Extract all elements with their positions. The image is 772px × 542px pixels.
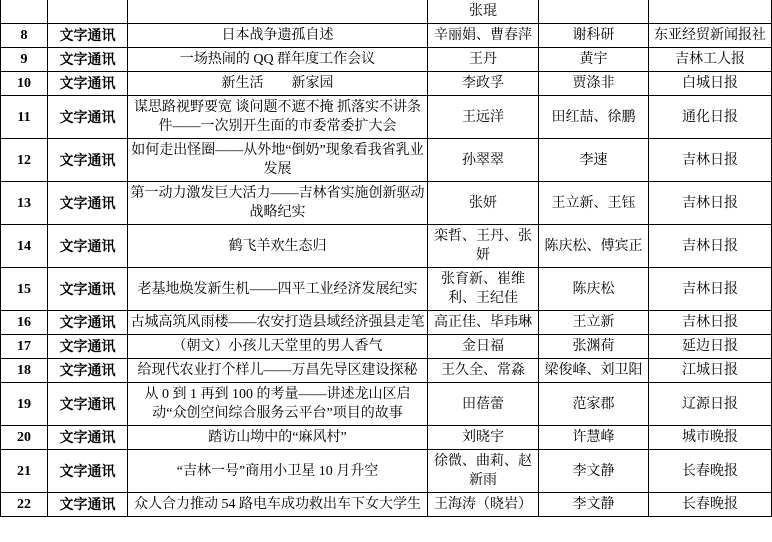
cell-publication: 吉林日报 [649, 311, 772, 335]
cell-category: 文字通讯 [48, 96, 128, 139]
table-row: 15文字通讯老基地焕发新生机——四平工业经济发展纪实张育新、崔维利、王纪佳陈庆松… [1, 268, 772, 311]
cell-category: 文字通讯 [48, 335, 128, 359]
cell-authors: 张育新、崔维利、王纪佳 [428, 268, 539, 311]
cell-publication: 吉林日报 [649, 225, 772, 268]
cell-editors: 黄宇 [539, 48, 649, 72]
cell-publication: 吉林日报 [649, 268, 772, 311]
cell-title: 第一动力激发巨大活力——吉林省实施创新驱动战略纪实 [128, 182, 428, 225]
cell-editors: 田红喆、徐鹏 [539, 96, 649, 139]
cell-no: 11 [1, 96, 48, 139]
cell-no: 20 [1, 426, 48, 450]
cell-title: 新生活 新家园 [128, 72, 428, 96]
cell-editors: 张渊荷 [539, 335, 649, 359]
cell-authors: 辛丽娟、曹春萍 [428, 24, 539, 48]
cell-authors: 田蓓蕾 [428, 383, 539, 426]
table-row: 9文字通讯一场热闹的 QQ 群年度工作会议王丹黄宇吉林工人报 [1, 48, 772, 72]
cell-editors: 谢科研 [539, 24, 649, 48]
cell-authors: 张琨 [428, 0, 539, 24]
cell-category: 文字通讯 [48, 139, 128, 182]
cell-publication: 城市晚报 [649, 426, 772, 450]
cell-no: 12 [1, 139, 48, 182]
table-row: 20文字通讯踏访山坳中的“麻风村”刘晓宇许慧峰城市晚报 [1, 426, 772, 450]
cell-publication: 通化日报 [649, 96, 772, 139]
cell-publication: 吉林日报 [649, 182, 772, 225]
cell-no: 13 [1, 182, 48, 225]
cell-title: 踏访山坳中的“麻风村” [128, 426, 428, 450]
table-row: 13文字通讯第一动力激发巨大活力——吉林省实施创新驱动战略纪实张妍王立新、王钰吉… [1, 182, 772, 225]
cell-authors: 金日福 [428, 335, 539, 359]
cell-category: 文字通讯 [48, 182, 128, 225]
cell-publication: 延边日报 [649, 335, 772, 359]
cell-no: 18 [1, 359, 48, 383]
cell-no: 16 [1, 311, 48, 335]
cell-publication: 东亚经贸新闻报社 [649, 24, 772, 48]
table-row: 14文字通讯鹤飞羊欢生态归栾哲、王丹、张妍陈庆松、傅宾正吉林日报 [1, 225, 772, 268]
cell-no [1, 0, 48, 24]
cell-no: 21 [1, 450, 48, 493]
cell-editors: 许慧峰 [539, 426, 649, 450]
cell-title: 日本战争遗孤自述 [128, 24, 428, 48]
table-row: 19文字通讯从 0 到 1 再到 100 的考量——讲述龙山区启动“众创空间综合… [1, 383, 772, 426]
cell-no: 22 [1, 493, 48, 517]
cell-editors [539, 0, 649, 24]
cell-no: 15 [1, 268, 48, 311]
cell-editors: 李文静 [539, 450, 649, 493]
table-row: 8文字通讯日本战争遗孤自述辛丽娟、曹春萍谢科研东亚经贸新闻报社 [1, 24, 772, 48]
table-row: 10文字通讯新生活 新家园李政孚贾涤非白城日报 [1, 72, 772, 96]
table-row: 18文字通讯给现代农业打个样儿——万昌先导区建设探秘王久全、常淼梁俊峰、刘卫阳江… [1, 359, 772, 383]
cell-authors: 栾哲、王丹、张妍 [428, 225, 539, 268]
cell-no: 10 [1, 72, 48, 96]
cell-category: 文字通讯 [48, 383, 128, 426]
cell-authors: 李政孚 [428, 72, 539, 96]
table-row: 11文字通讯谋思路视野要宽 谈问题不遮不掩 抓落实不讲条件——一次别开生面的市委… [1, 96, 772, 139]
cell-authors: 高正佳、毕玮琳 [428, 311, 539, 335]
cell-publication: 江城日报 [649, 359, 772, 383]
cell-category: 文字通讯 [48, 268, 128, 311]
cell-authors: 王丹 [428, 48, 539, 72]
table-row: 张琨 [1, 0, 772, 24]
table-row: 17文字通讯（朝文）小孩儿天堂里的男人香气金日福张渊荷延边日报 [1, 335, 772, 359]
cell-no: 14 [1, 225, 48, 268]
cell-authors: 王海涛（晓岩） [428, 493, 539, 517]
cell-title: 鹤飞羊欢生态归 [128, 225, 428, 268]
cell-title: “吉林一号”商用小卫星 10 月升空 [128, 450, 428, 493]
cell-publication [649, 0, 772, 24]
cell-editors: 贾涤非 [539, 72, 649, 96]
cell-publication: 长春晚报 [649, 493, 772, 517]
cell-no: 17 [1, 335, 48, 359]
cell-title [128, 0, 428, 24]
cell-category: 文字通讯 [48, 48, 128, 72]
cell-authors: 徐微、曲莉、赵新雨 [428, 450, 539, 493]
awards-table: 张琨8文字通讯日本战争遗孤自述辛丽娟、曹春萍谢科研东亚经贸新闻报社9文字通讯一场… [0, 0, 772, 517]
cell-editors: 李文静 [539, 493, 649, 517]
awards-table-body: 张琨8文字通讯日本战争遗孤自述辛丽娟、曹春萍谢科研东亚经贸新闻报社9文字通讯一场… [1, 0, 772, 517]
cell-editors: 陈庆松、傅宾正 [539, 225, 649, 268]
cell-editors: 李速 [539, 139, 649, 182]
cell-authors: 刘晓宇 [428, 426, 539, 450]
document-page: 张琨8文字通讯日本战争遗孤自述辛丽娟、曹春萍谢科研东亚经贸新闻报社9文字通讯一场… [0, 0, 772, 542]
cell-category: 文字通讯 [48, 359, 128, 383]
cell-category [48, 0, 128, 24]
cell-editors: 王立新、王钰 [539, 182, 649, 225]
cell-publication: 辽源日报 [649, 383, 772, 426]
cell-category: 文字通讯 [48, 225, 128, 268]
cell-title: 给现代农业打个样儿——万昌先导区建设探秘 [128, 359, 428, 383]
cell-editors: 梁俊峰、刘卫阳 [539, 359, 649, 383]
cell-title: 老基地焕发新生机——四平工业经济发展纪实 [128, 268, 428, 311]
cell-title: （朝文）小孩儿天堂里的男人香气 [128, 335, 428, 359]
table-row: 21文字通讯“吉林一号”商用小卫星 10 月升空徐微、曲莉、赵新雨李文静长春晚报 [1, 450, 772, 493]
cell-title: 谋思路视野要宽 谈问题不遮不掩 抓落实不讲条件——一次别开生面的市委常委扩大会 [128, 96, 428, 139]
cell-no: 8 [1, 24, 48, 48]
cell-title: 众人合力推动 54 路电车成功救出车下女大学生 [128, 493, 428, 517]
table-row: 16文字通讯古城高筑风雨楼——农安打造县域经济强县走笔高正佳、毕玮琳王立新吉林日… [1, 311, 772, 335]
cell-editors: 范家郡 [539, 383, 649, 426]
cell-publication: 吉林工人报 [649, 48, 772, 72]
cell-title: 从 0 到 1 再到 100 的考量——讲述龙山区启动“众创空间综合服务云平台”… [128, 383, 428, 426]
cell-no: 9 [1, 48, 48, 72]
cell-editors: 王立新 [539, 311, 649, 335]
cell-authors: 张妍 [428, 182, 539, 225]
cell-category: 文字通讯 [48, 72, 128, 96]
cell-category: 文字通讯 [48, 450, 128, 493]
cell-authors: 王远洋 [428, 96, 539, 139]
cell-editors: 陈庆松 [539, 268, 649, 311]
cell-authors: 王久全、常淼 [428, 359, 539, 383]
cell-title: 古城高筑风雨楼——农安打造县域经济强县走笔 [128, 311, 428, 335]
cell-category: 文字通讯 [48, 493, 128, 517]
table-row: 12文字通讯如何走出怪圈——从外地“倒奶”现象看我省乳业发展孙翠翠李速吉林日报 [1, 139, 772, 182]
cell-title: 如何走出怪圈——从外地“倒奶”现象看我省乳业发展 [128, 139, 428, 182]
cell-publication: 吉林日报 [649, 139, 772, 182]
cell-category: 文字通讯 [48, 426, 128, 450]
cell-category: 文字通讯 [48, 24, 128, 48]
cell-publication: 白城日报 [649, 72, 772, 96]
cell-title: 一场热闹的 QQ 群年度工作会议 [128, 48, 428, 72]
cell-category: 文字通讯 [48, 311, 128, 335]
table-row: 22文字通讯众人合力推动 54 路电车成功救出车下女大学生王海涛（晓岩）李文静长… [1, 493, 772, 517]
cell-publication: 长春晚报 [649, 450, 772, 493]
cell-authors: 孙翠翠 [428, 139, 539, 182]
cell-no: 19 [1, 383, 48, 426]
